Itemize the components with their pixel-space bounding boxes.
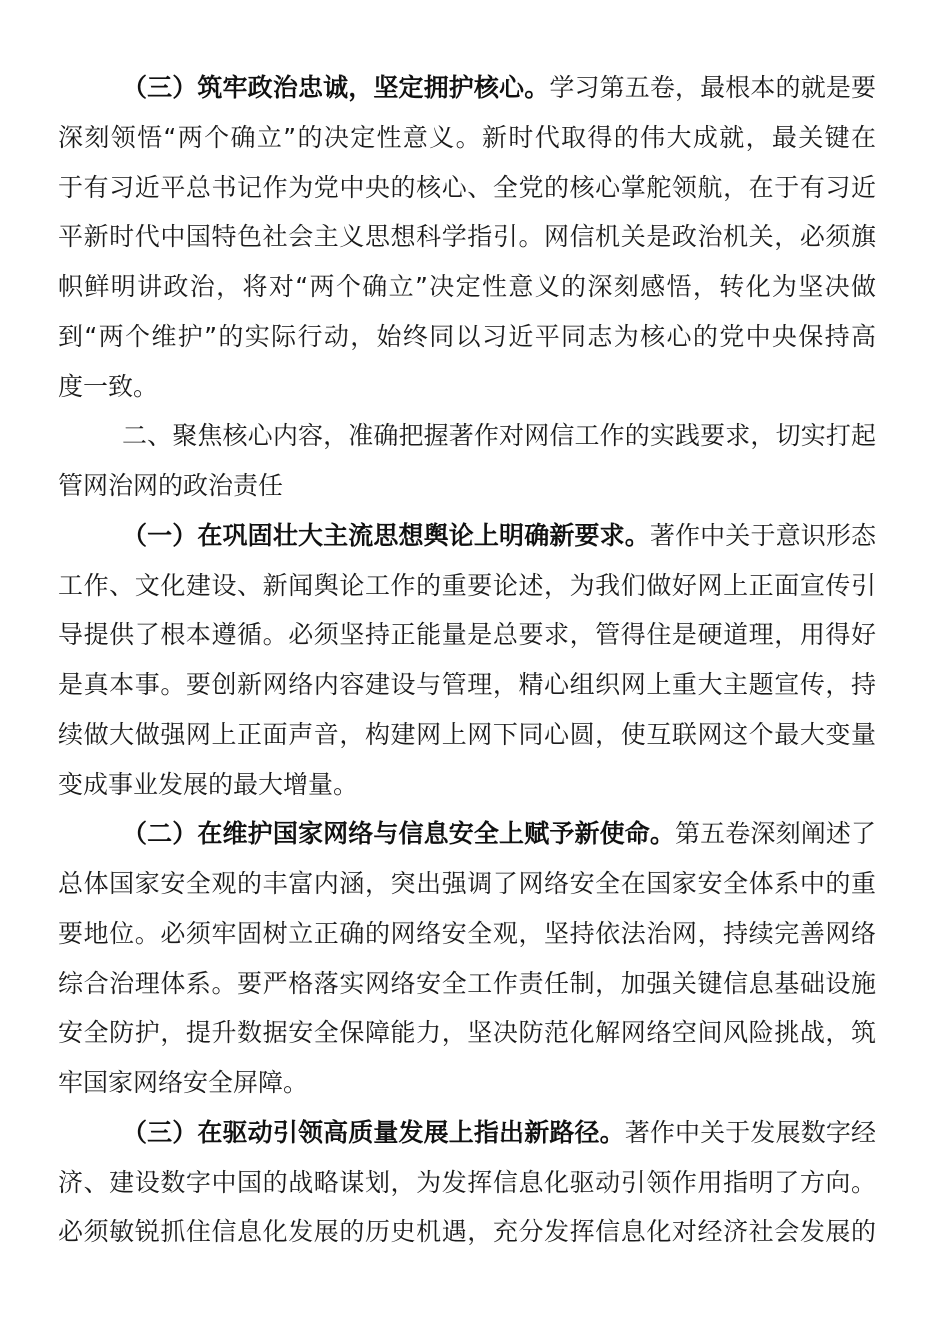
section-heading-two: 二、聚焦核心内容，准确把握著作对网信工作的实践要求，切实打起 管网治网的政治责任: [58, 411, 876, 511]
body-line: 深刻领悟“两个确立”的决定性意义。新时代取得的伟大成就，最关键在: [58, 113, 876, 163]
document-page: （三）筑牢政治忠诚，坚定拥护核心。学习第五卷，最根本的就是要 深刻领悟“两个确立…: [58, 63, 876, 1257]
body-line: 度一致。: [58, 362, 876, 412]
body-line: 安全防护，提升数据安全保障能力，坚决防范化解网络空间风险挑战，筑: [58, 1008, 876, 1058]
paragraph-first-line: （三）在驱动引领高质量发展上指出新路径。著作中关于发展数字经: [58, 1108, 876, 1158]
subsection-heading: （二）在维护国家网络与信息安全上赋予新使命。: [122, 819, 675, 848]
paragraph-political-loyalty: （三）筑牢政治忠诚，坚定拥护核心。学习第五卷，最根本的就是要 深刻领悟“两个确立…: [58, 63, 876, 411]
paragraph-mainstream-opinion: （一）在巩固壮大主流思想舆论上明确新要求。著作中关于意识形态 工作、文化建设、新…: [58, 511, 876, 810]
subsection-heading: （一）在巩固壮大主流思想舆论上明确新要求。: [122, 521, 650, 550]
section-heading-line: 管网治网的政治责任: [58, 461, 876, 511]
body-line: 导提供了根本遵循。必须坚持正能量是总要求，管得住是硬道理，用得好: [58, 610, 876, 660]
body-line: 平新时代中国特色社会主义思想科学指引。网信机关是政治机关，必须旗: [58, 212, 876, 262]
paragraph-high-quality-development: （三）在驱动引领高质量发展上指出新路径。著作中关于发展数字经 济、建设数字中国的…: [58, 1108, 876, 1257]
body-line: 总体国家安全观的丰富内涵，突出强调了网络安全在国家安全体系中的重: [58, 859, 876, 909]
body-line: 帜鲜明讲政治，将对“两个确立”决定性意义的深刻感悟，转化为坚决做: [58, 262, 876, 312]
body-line: 要地位。必须牢固树立正确的网络安全观，坚持依法治网，持续完善网络: [58, 909, 876, 959]
paragraph-first-line: （三）筑牢政治忠诚，坚定拥护核心。学习第五卷，最根本的就是要: [58, 63, 876, 113]
body-text: 学习第五卷，最根本的就是要: [549, 73, 876, 102]
body-line: 牢国家网络安全屏障。: [58, 1058, 876, 1108]
body-line: 到“两个维护”的实际行动，始终同以习近平同志为核心的党中央保持高: [58, 312, 876, 362]
subsection-heading: （三）在驱动引领高质量发展上指出新路径。: [122, 1118, 625, 1147]
body-line: 续做大做强网上正面声音，构建网上网下同心圆，使互联网这个最大变量: [58, 710, 876, 760]
body-line: 变成事业发展的最大增量。: [58, 760, 876, 810]
body-line: 工作、文化建设、新闻舆论工作的重要论述，为我们做好网上正面宣传引: [58, 561, 876, 611]
section-heading-line: 二、聚焦核心内容，准确把握著作对网信工作的实践要求，切实打起: [58, 411, 876, 461]
body-text: 著作中关于发展数字经: [625, 1118, 876, 1147]
body-line: 必须敏锐抓住信息化发展的历史机遇，充分发挥信息化对经济社会发展的: [58, 1207, 876, 1257]
body-line: 济、建设数字中国的战略谋划，为发挥信息化驱动引领作用指明了方向。: [58, 1158, 876, 1208]
paragraph-first-line: （二）在维护国家网络与信息安全上赋予新使命。第五卷深刻阐述了: [58, 809, 876, 859]
subsection-heading: （三）筑牢政治忠诚，坚定拥护核心。: [122, 73, 549, 102]
body-text: 著作中关于意识形态: [650, 521, 876, 550]
body-line: 是真本事。要创新网络内容建设与管理，精心组织网上重大主题宣传，持: [58, 660, 876, 710]
body-line: 综合治理体系。要严格落实网络安全工作责任制，加强关键信息基础设施: [58, 959, 876, 1009]
body-line: 于有习近平总书记作为党中央的核心、全党的核心掌舵领航，在于有习近: [58, 163, 876, 213]
body-text: 第五卷深刻阐述了: [675, 819, 876, 848]
paragraph-first-line: （一）在巩固壮大主流思想舆论上明确新要求。著作中关于意识形态: [58, 511, 876, 561]
paragraph-network-security: （二）在维护国家网络与信息安全上赋予新使命。第五卷深刻阐述了 总体国家安全观的丰…: [58, 809, 876, 1108]
